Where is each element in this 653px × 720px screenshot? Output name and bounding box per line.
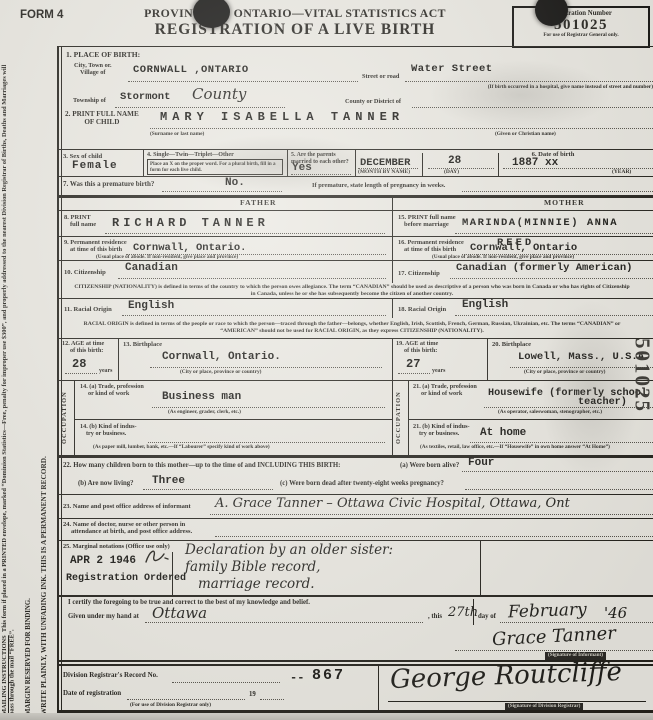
child-name-label-1: 2. PRINT FULL NAME (65, 110, 139, 118)
dotted-leader (215, 535, 653, 537)
divider (480, 540, 481, 595)
dotted-leader (455, 232, 653, 234)
mother-residence-value: Cornwall, Ontario (470, 243, 577, 254)
father-name-label: 8. PRINT full name (64, 214, 96, 229)
dotted-leader (428, 167, 494, 169)
children-living-value: Three (152, 476, 185, 487)
informant-signature: Grace Tanner (492, 625, 617, 649)
child-name-label: 2. PRINT FULL NAME OF CHILD (65, 110, 139, 126)
registration-number-box: Registration Number 501025 For use of Re… (512, 6, 650, 48)
mother-age-unit: years (432, 368, 445, 375)
children-alive-label: (a) Were born alive? (400, 462, 459, 470)
mother-industry-value: At home (480, 428, 526, 439)
dotted-leader (500, 621, 653, 623)
place-city-value: CORNWALL ,ONTARIO (133, 65, 249, 76)
rule (57, 518, 653, 519)
mother-racial-label: 18. Racial Origin (398, 306, 446, 313)
father-mother-divider (392, 298, 393, 318)
mother-industry-label-2: try or business. (419, 431, 470, 438)
attendant-label-1: 24. Name of doctor, nurse or other perso… (63, 521, 192, 528)
father-residence-label-1: 9. Permanent residence (64, 239, 127, 246)
registration-number-value: 501025 (514, 18, 648, 33)
attendant-label: 24. Name of doctor, nurse or other perso… (63, 521, 192, 536)
place-township-typed: Stormont (120, 92, 170, 103)
father-residence-label: 9. Permanent residence at time of this b… (64, 239, 127, 253)
registrar-initials-mark (142, 546, 172, 568)
father-age-value: 28 (72, 358, 86, 370)
marginal-note-line1: Declaration by an older sister: (185, 544, 393, 558)
mother-citizenship-label: 17. Citizenship (398, 270, 440, 277)
rule (57, 260, 653, 261)
child-name-label-2: OF CHILD (65, 118, 139, 126)
dotted-leader (172, 681, 280, 683)
scan-smudge (540, 300, 640, 480)
mother-occupation-side-text: OCCUPATION (395, 392, 402, 445)
divider (487, 338, 488, 380)
mother-citizenship-value: Canadian (formerly American) (456, 263, 632, 274)
place-county-label: County or District of (345, 98, 401, 105)
place-township-label: Township of (73, 97, 106, 104)
mother-residence-label: 16. Permanent residence at time of this … (398, 239, 464, 253)
divider (118, 338, 119, 380)
father-birthplace-label: 13. Birthplace (123, 341, 162, 348)
mother-name-label-1: 15. PRINT full name (398, 214, 456, 221)
premature-label: 7. Was this a premature birth? (63, 181, 154, 189)
rule (57, 236, 653, 237)
scan-smudge (180, 135, 380, 195)
form-left-border-inner (61, 46, 62, 712)
father-industry-label-2: try or business. (86, 431, 137, 438)
dotted-leader (145, 621, 423, 623)
father-citizenship-label: 10. Citizenship (64, 269, 106, 276)
mother-age-label: 19. AGE at time of this birth: (396, 341, 452, 355)
dob-day-value: 28 (448, 156, 461, 167)
marginal-note-line2: family Bible record, (185, 561, 320, 575)
dotted-leader (143, 488, 273, 490)
registration-date-label: Date of registration (63, 690, 121, 698)
rule (57, 595, 653, 597)
dotted-leader (115, 106, 285, 108)
this-label: , this (428, 613, 442, 621)
dotted-leader (450, 277, 653, 279)
place-street-label: Street or road (362, 73, 399, 80)
mother-industry-label: 21. (b) Kind of indus- try or business. (413, 424, 470, 438)
dotted-leader (150, 366, 382, 368)
given-label: Given under my hand at (68, 613, 139, 621)
children-question-label: 22. How many children born to this mothe… (63, 462, 340, 470)
father-name-label-1: 8. PRINT (64, 214, 96, 221)
margin-mailing-instructions: MAILING INSTRUCTIONS This form if placed… (1, 55, 21, 715)
divider (422, 153, 423, 176)
divider (74, 380, 75, 455)
child-given-note: (Given or Christian name) (495, 131, 556, 137)
dayof-label: day of (478, 613, 496, 621)
mother-birthplace-label: 20. Birthplace (492, 341, 531, 348)
father-trade-label: 14. (a) Trade, profession or kind of wor… (80, 384, 144, 398)
rule (57, 210, 653, 211)
place-city-label: City, Town or. Village of (74, 62, 112, 76)
registrar-use-note: (For use of Division Registrar only) (130, 702, 211, 708)
divider (408, 380, 409, 455)
father-birthplace-value: Cornwall, Ontario. (162, 352, 281, 363)
form-left-border-outer (57, 46, 59, 712)
marginal-note-line3: marriage record. (198, 578, 315, 592)
mother-trade-label-2: or kind of work (421, 391, 477, 398)
father-occupation-side-text: OCCUPATION (61, 392, 68, 445)
informant-label: 23. Name and post office address of info… (63, 503, 191, 510)
informant-value: A. Grace Tanner – Ottawa Civic Hospital,… (215, 497, 570, 510)
father-trade-note: (As engineer, grader, clerk, etc.) (168, 409, 241, 415)
dotted-leader (455, 649, 653, 651)
father-birthplace-note: (City or place, province or country) (180, 369, 261, 375)
father-mother-divider (392, 195, 393, 283)
father-industry-note: (As paper mill, lumber, bank, etc.—If “L… (93, 445, 270, 451)
mother-residence-label-2: at time of this birth (404, 246, 464, 253)
father-trade-value: Business man (162, 392, 241, 403)
division-registrar-signature: George Routcliffe (390, 659, 623, 693)
dotted-leader (105, 232, 385, 234)
mother-age-label-2: of this birth: (404, 348, 452, 355)
children-living-label: (b) Are now living? (78, 480, 134, 488)
sex-value: Female (72, 161, 118, 172)
margin-write-plainly-note: WRITE PLAINLY, WITH UNFADING INK. THIS I… (40, 140, 53, 715)
page-bottom-edge (0, 713, 653, 720)
dob-year-note: (YEAR) (612, 169, 631, 175)
father-racial-label: 11. Racial Origin (64, 306, 112, 313)
given-year: '46 (604, 606, 627, 621)
children-dead-label: (c) Were born dead after twenty-eight we… (280, 480, 444, 488)
margin-binding-text: MARGIN RESERVED FOR BINDING. (25, 598, 32, 715)
form-top-rule (57, 46, 653, 47)
signature-rule (388, 701, 646, 702)
father-residence-label-2: at time of this birth (70, 246, 127, 253)
dotted-leader (462, 190, 653, 192)
dotted-leader (65, 372, 97, 374)
place-city-label-1: City, Town or. (74, 62, 112, 69)
father-residence-value: Cornwall, Ontario. (133, 243, 246, 254)
registration-date-year: 19 (249, 691, 256, 699)
dotted-leader (465, 488, 653, 490)
mother-name-label: 15. PRINT full name before marriage (398, 214, 456, 229)
margin-mailing-text: This form if placed in a PRINTED envelop… (1, 65, 16, 715)
father-occupation-side-label: OCCUPATION (61, 384, 72, 452)
stamp-date: APR 2 1946 (70, 556, 136, 567)
dotted-leader (398, 372, 430, 374)
scan-smudge (430, 60, 610, 130)
form-number: FORM 4 (20, 9, 63, 22)
dotted-leader (210, 513, 653, 515)
dotted-leader (122, 314, 386, 316)
title-line1: PROVINCE OF ONTARIO—VITAL STATISTICS ACT (112, 7, 478, 20)
divider (143, 149, 144, 176)
place-heading: 1. PLACE OF BIRTH: (66, 51, 140, 60)
dotted-leader (128, 80, 358, 82)
father-name-label-2: full name (70, 221, 96, 228)
father-age-unit: years (99, 368, 112, 375)
attendant-label-2: attendance at birth, and post office add… (71, 528, 192, 535)
mother-trade-label: 21. (a) Trade, profession or kind of wor… (413, 384, 477, 398)
dotted-leader (503, 167, 653, 169)
father-racial-value: English (128, 301, 174, 312)
citizenship-note: CITIZENSHIP (NATIONALITY) is defined in … (72, 284, 632, 298)
given-month: February (508, 602, 587, 622)
title-line2: REGISTRATION OF A LIVE BIRTH (112, 21, 478, 38)
margin-write-plainly-text: WRITE PLAINLY, WITH UNFADING INK. THIS I… (39, 456, 48, 715)
given-place: Ottawa (152, 606, 207, 621)
mother-age-value: 27 (406, 358, 420, 370)
rule (57, 540, 653, 541)
mother-occupation-side-label: OCCUPATION (395, 384, 406, 452)
father-mother-divider (392, 338, 393, 455)
place-city-label-2: Village of (74, 69, 112, 76)
mother-name-label-2: before marriage (404, 221, 456, 228)
rule (57, 494, 653, 495)
father-header: FATHER (240, 199, 277, 208)
registration-number-note: For use of Registrar General only. (514, 33, 648, 39)
father-age-label: 12. AGE at time of this birth: (62, 341, 116, 355)
divider (172, 552, 173, 595)
divider (473, 599, 474, 625)
divider (378, 664, 379, 710)
father-name-value: RICHARD TANNER (112, 217, 269, 229)
margin-binding-note: MARGIN RESERVED FOR BINDING. (25, 425, 36, 715)
father-trade-label-2: or kind of work (88, 391, 144, 398)
mother-name-value: MARINDA(MINNIE) ANNA (462, 218, 618, 229)
dotted-leader (148, 441, 385, 443)
mother-racial-value: English (462, 300, 508, 311)
rule (74, 419, 392, 420)
rule (57, 298, 653, 299)
children-alive-value: Four (468, 458, 494, 469)
child-name-value: MARY ISABELLA TANNER (160, 111, 404, 123)
dotted-leader (260, 698, 284, 700)
father-citizenship-value: Canadian (125, 263, 178, 274)
dotted-leader (127, 698, 245, 700)
birth-registration-document: MAILING INSTRUCTIONS This form if placed… (0, 0, 653, 720)
record-number-value: 867 (312, 668, 345, 683)
father-industry-label: 14. (b) Kind of indus- try or business. (80, 424, 137, 438)
dotted-leader (152, 406, 385, 408)
dob-day-note: (DAY) (444, 169, 459, 175)
margin-mailing-header: MAILING INSTRUCTIONS (1, 635, 8, 715)
record-number-label: Division Registrar's Record No. (63, 672, 158, 680)
mother-residence-label-1: 16. Permanent residence (398, 239, 464, 246)
stamp-text: Registration Ordered (66, 574, 186, 584)
father-age-label-2: of this birth: (70, 348, 116, 355)
record-number-dashes: -- (290, 672, 304, 684)
place-township-cursive: County (192, 87, 246, 102)
dotted-leader (118, 277, 386, 279)
mother-header: MOTHER (544, 199, 585, 208)
